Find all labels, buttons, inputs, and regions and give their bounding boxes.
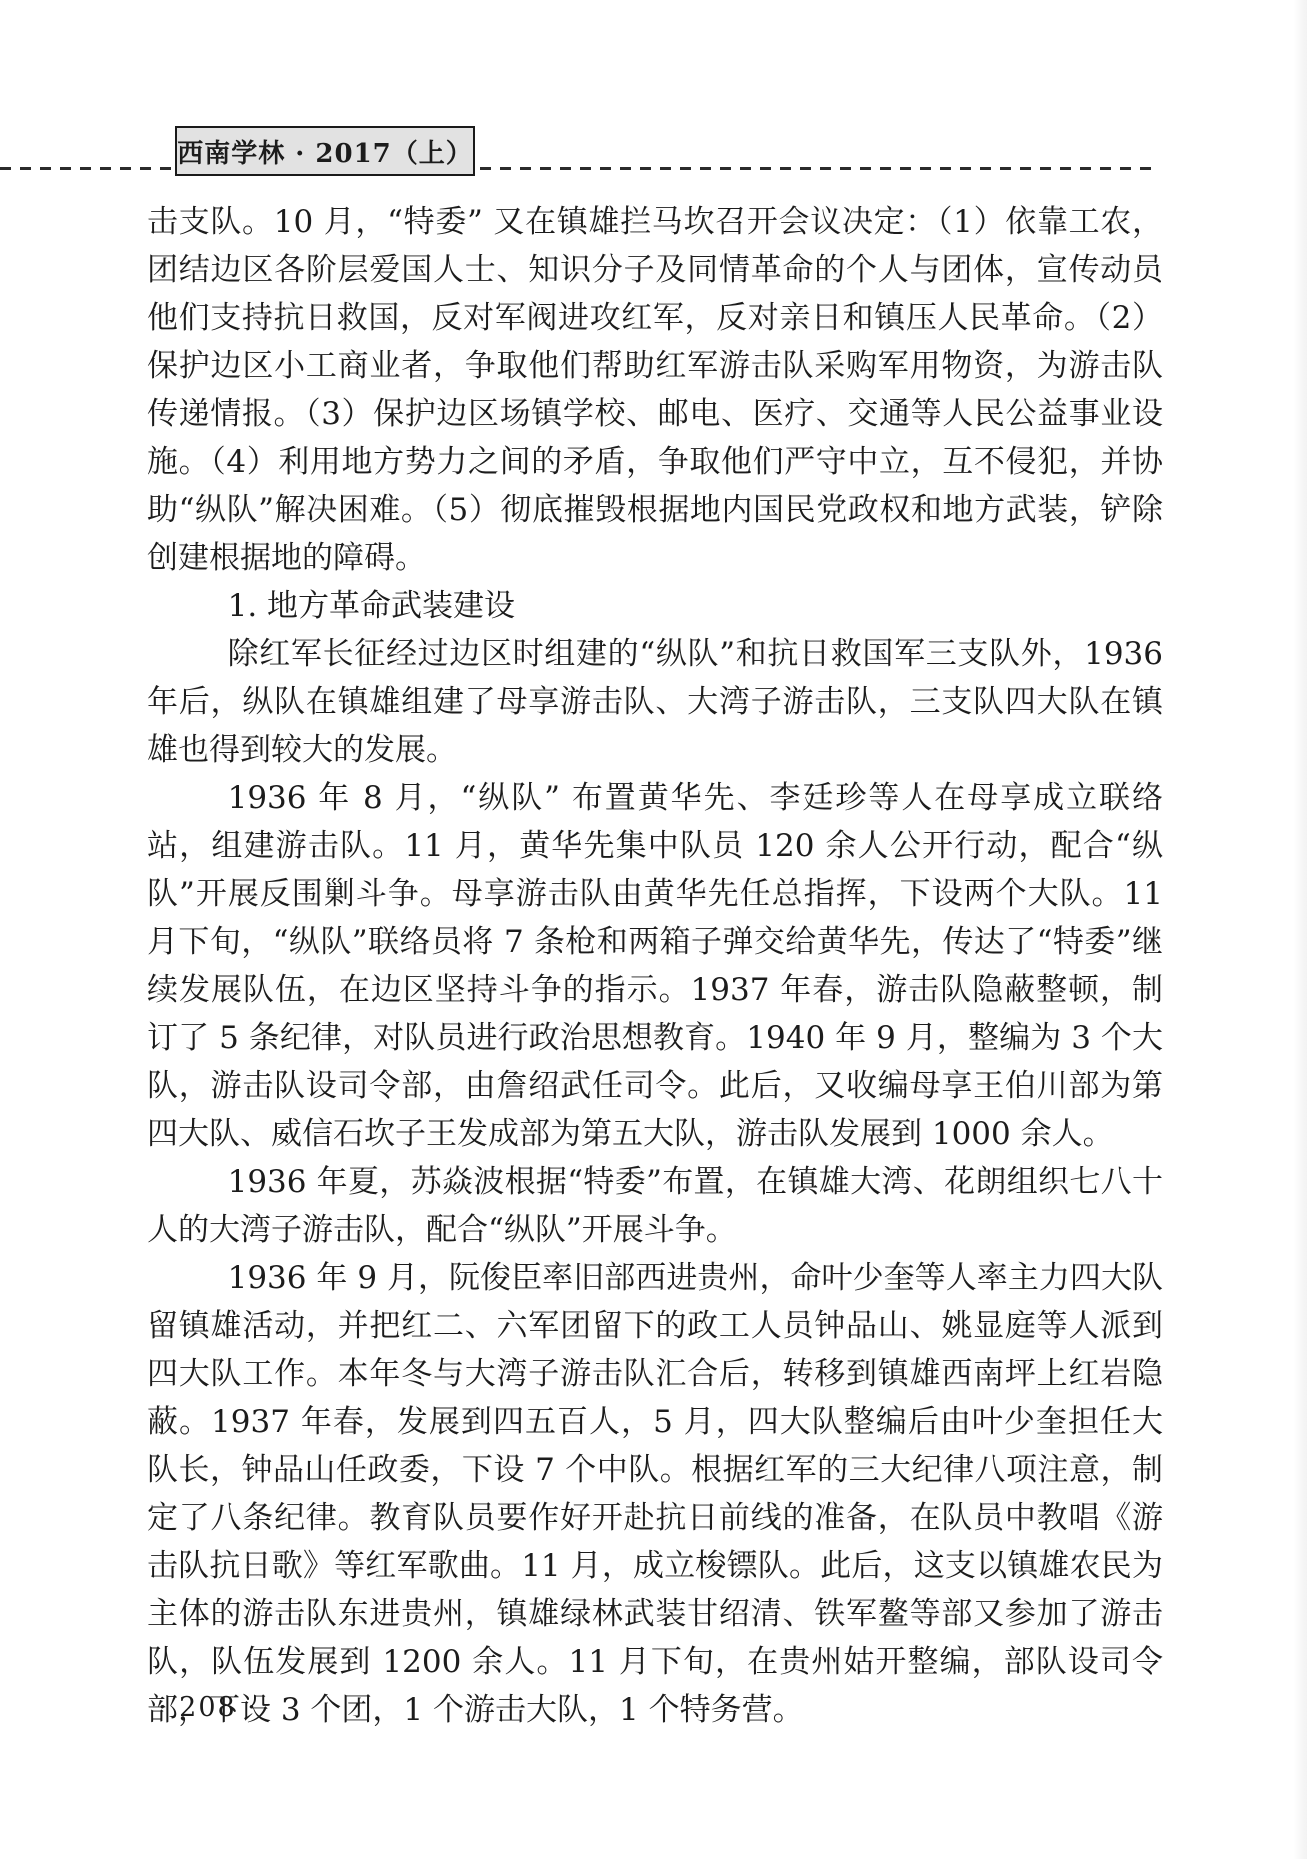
journal-title: 西南学林 · 2017（上） <box>177 133 473 170</box>
paragraph: 1936 年夏，苏焱波根据“特委”布置，在镇雄大湾、花朗组织七八十人的大湾子游击… <box>147 1158 1163 1254</box>
header-dashed-rule <box>0 167 1158 170</box>
journal-title-box: 西南学林 · 2017（上） <box>175 126 475 176</box>
page-number: · 208 · <box>158 1692 258 1723</box>
page-body: 击支队。10 月，“特委” 又在镇雄拦马坎召开会议决定：（1）依靠工农，团结边区… <box>147 198 1163 1734</box>
section-heading: 1. 地方革命武装建设 <box>147 582 1163 630</box>
paragraph: 除红军长征经过边区时组建的“纵队”和抗日救国军三支队外，1936 年后，纵队在镇… <box>147 630 1163 774</box>
paragraph: 1936 年 9 月，阮俊臣率旧部西进贵州，命叶少奎等人率主力四大队留镇雄活动，… <box>147 1254 1163 1734</box>
paragraph: 1936 年 8 月，“纵队” 布置黄华先、李廷珍等人在母享成立联络站，组建游击… <box>147 774 1163 1158</box>
paragraph-continuation: 击支队。10 月，“特委” 又在镇雄拦马坎召开会议决定：（1）依靠工农，团结边区… <box>147 198 1163 582</box>
book-page: 西南学林 · 2017（上） 击支队。10 月，“特委” 又在镇雄拦马坎召开会议… <box>0 0 1307 1859</box>
